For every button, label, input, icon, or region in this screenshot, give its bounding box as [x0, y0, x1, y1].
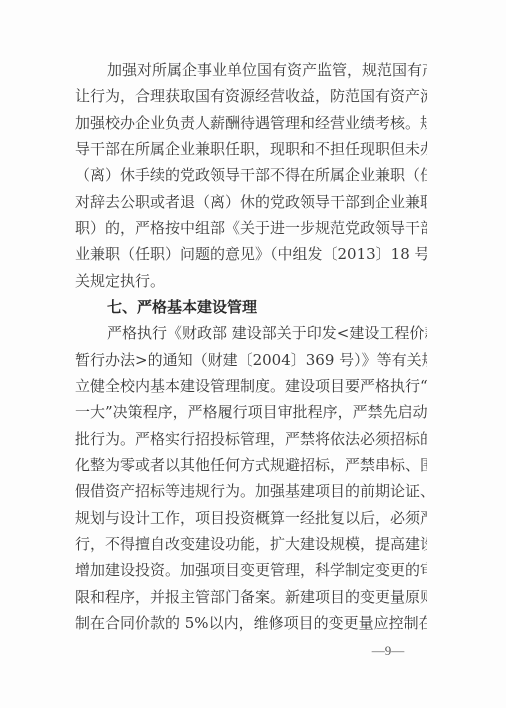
- paragraph-line: 行，不得擅自改变建设功能，扩大建设规模，提高建设标准，: [75, 531, 427, 557]
- paragraph-line: 批行为。严格实行招投标管理，严禁将依法必须招标的项目: [75, 426, 427, 452]
- paragraph-line: 关规定执行。: [75, 268, 427, 294]
- paragraph-line: 加强校办企业负责人薪酬待遇管理和经营业绩考核。规范领: [75, 110, 427, 136]
- paragraph-line: 假借资产招标等违规行为。加强基建项目的前期论证、项目: [75, 478, 427, 504]
- document-page: 加强对所属企事业单位国有资产监管，规范国有产权转 让行为，合理获取国有资源经营收…: [0, 0, 506, 708]
- paragraph-line: 规划与设计工作，项目投资概算一经批复以后，必须严格执: [75, 505, 427, 531]
- paragraph-line: 制在合同价款的 5%以内，维修项目的变更量应控制在合同: [75, 610, 427, 636]
- paragraph-line: 导干部在所属企业兼职任职，现职和不担任现职但未办理退: [75, 136, 427, 162]
- paragraph-line: 职）的，严格按中组部《关于进一步规范党政领导干部在企: [75, 215, 427, 241]
- section-heading: 七、严格基本建设管理: [107, 294, 257, 320]
- paragraph-line: 立健全校内基本建设管理制度。建设项目要严格执行“三重: [75, 373, 427, 399]
- paragraph-line: 暂行办法>的通知（财建〔2004〕369 号）》等有关规定，建: [75, 347, 427, 373]
- paragraph-line: 一大”决策程序，严格履行项目审批程序，严禁先启动再报: [75, 399, 427, 425]
- page-number: —9—: [370, 641, 406, 661]
- paragraph-line: 化整为零或者以其他任何方式规避招标，严禁串标、围标和: [75, 452, 427, 478]
- paragraph-line: （离）休手续的党政领导干部不得在所属企业兼职（任职）。: [75, 162, 427, 188]
- paragraph-line: 限和程序，并报主管部门备案。新建项目的变更量原则上控: [75, 584, 427, 610]
- paragraph-line: 严格执行《财政部 建设部关于印发<建设工程价款结算: [107, 320, 427, 346]
- paragraph-line: 增加建设投资。加强项目变更管理，科学制定变更的审批权: [75, 557, 427, 583]
- paragraph-line: 业兼职（任职）问题的意见》（中组发〔2013〕18 号）等有: [75, 241, 427, 267]
- paragraph-line: 加强对所属企事业单位国有资产监管，规范国有产权转: [107, 57, 427, 83]
- paragraph-line: 对辞去公职或者退（离）休的党政领导干部到企业兼职（任: [75, 189, 427, 215]
- paragraph-line: 让行为，合理获取国有资源经营收益，防范国有资产流失。: [75, 83, 427, 109]
